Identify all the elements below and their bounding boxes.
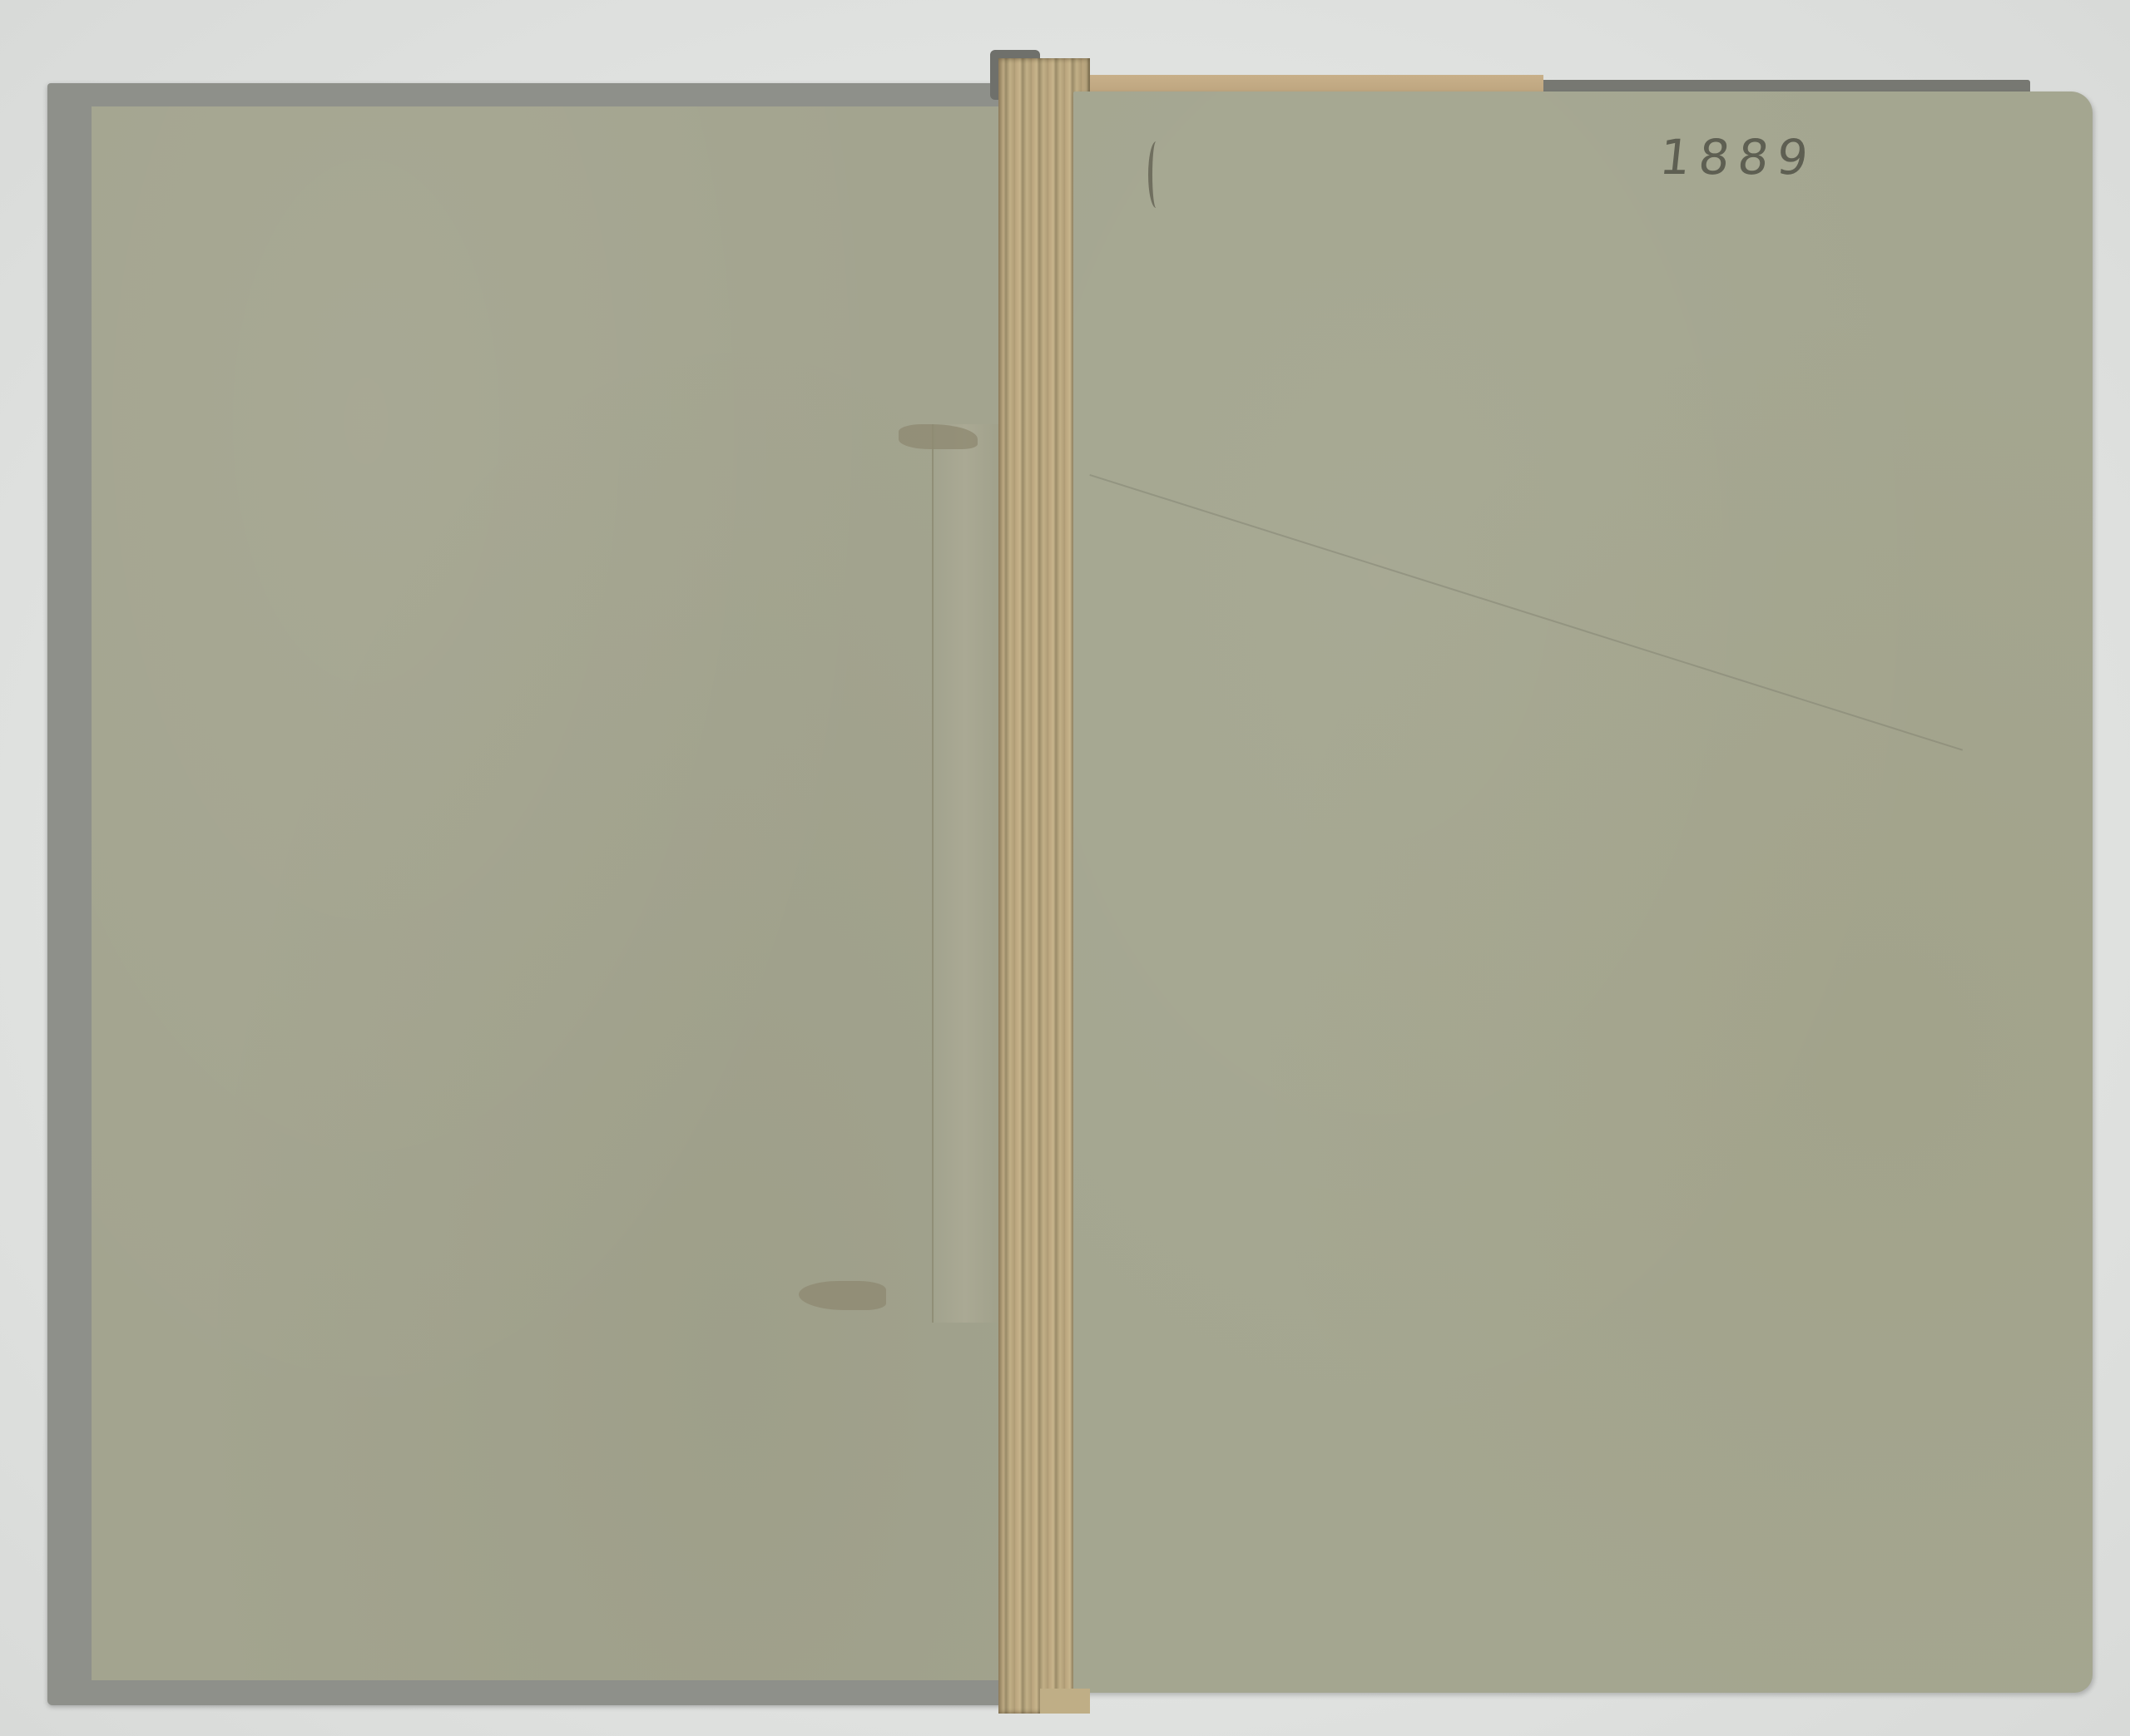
left-pastedown-endpaper (92, 106, 1007, 1680)
right-free-endpaper (1073, 91, 2093, 1693)
spine-tail (1040, 1689, 1090, 1714)
inside-front-cover (47, 83, 1017, 1705)
handwritten-year: 1889 (1657, 129, 1819, 185)
pencil-mark (1148, 141, 1164, 208)
